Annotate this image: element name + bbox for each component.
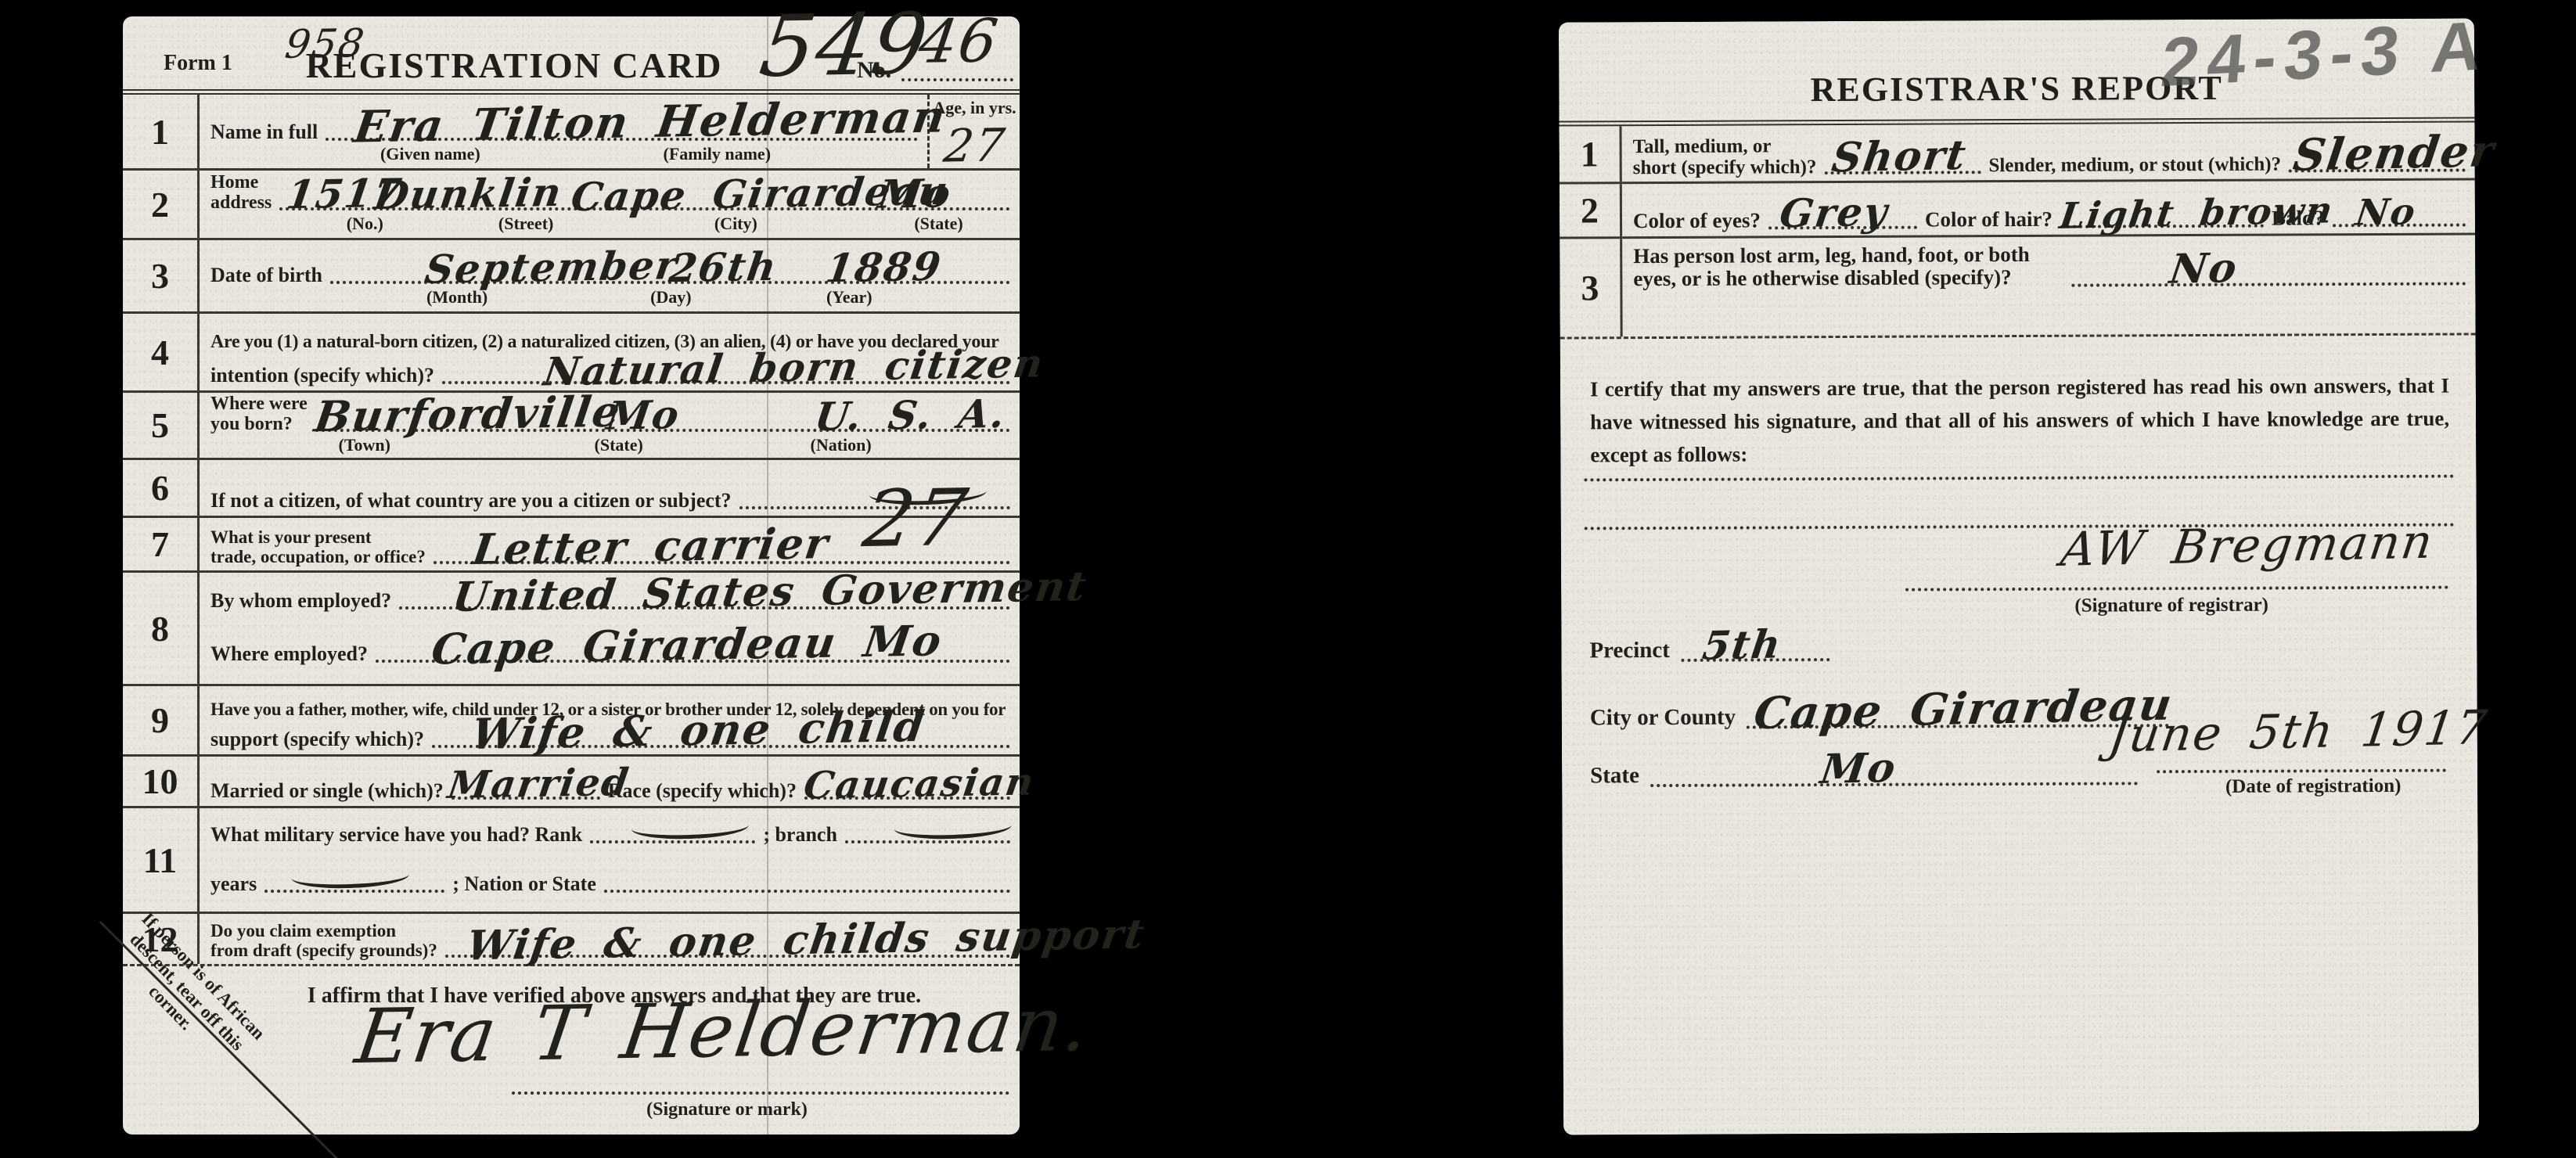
handwritten-birth-town: Burfordville [311,390,624,437]
marital-dotted-line: Married [452,787,600,800]
pen-dash-mark [291,873,408,890]
registration-card-footer: I affirm that I have verified above answ… [123,966,1020,1135]
where-employed-label: Where employed? [210,642,368,666]
handwritten-birth-nation: U. S. A. [812,394,1009,437]
registrant-signature: Era T Helderman. [351,987,1095,1074]
name-dotted-line: Era Tilton Helderman [326,128,918,141]
employer-dotted-line: United States Goverment [399,597,1010,610]
handwritten-employer: United States Goverment [451,566,1090,618]
row-birthplace: 5 Where were you born? Burfordville Mo U… [123,393,1020,460]
workplace-dotted-line: Cape Girardeau Mo [376,650,1010,663]
city-county-line: City or County Cape Girardeau [1590,703,2169,731]
state-sublabel: (State) [914,214,962,234]
handwritten-birth-state: Mo [604,395,682,436]
row-number: 4 [123,314,200,390]
row-number: 5 [123,393,200,458]
registration-card: Form 1 958 REGISTRATION CARD 549 No. 46 … [123,16,1020,1135]
pen-dash-mark [894,824,1012,840]
date-of-registration-label: (Date of registration) [2172,775,2454,799]
city-dotted-line: Cape Girardeau [1747,716,2169,728]
city-sublabel: (City) [714,214,757,234]
hair-dotted-line: Light brown [2060,215,2264,228]
pen-dash-mark [631,824,749,840]
build-question-label: Slender, medium, or stout (which)? [1988,154,2281,178]
row-exemption: 12 Do you claim exemption from draft (sp… [123,914,1020,966]
handwritten-name: Era Tilton Helderman [351,95,949,149]
registration-card-header: Form 1 958 REGISTRATION CARD 549 No. 46 [123,16,1020,95]
state-sublabel: (State) [595,435,643,455]
height-dotted-line: Short [1824,161,1981,174]
day-sublabel: (Day) [650,287,692,307]
eyes-dotted-line: Grey [1768,217,1917,230]
disability-question-label: Has person lost arm, leg, hand, foot, or… [1633,243,2030,291]
exemption-label: Do you claim exemption from draft (speci… [210,922,437,961]
handwritten-height: Short [1829,135,1970,179]
handwritten-dependents: Wife & one child [469,705,928,755]
row-citizenship: 4 Are you (1) a natural-born citizen, (2… [123,314,1020,393]
date-dotted-line [2157,769,2446,774]
handwritten-marital-status: Married [445,764,632,804]
signature-or-mark-label: (Signature or mark) [570,1099,883,1120]
precinct-label: Precinct [1589,638,1670,664]
color-of-hair-label: Color of hair? [1925,207,2053,232]
row-build: 1 Tall, medium, or short (specify which)… [1559,122,2474,184]
dependents-dotted-line: Wife & one child [432,735,1010,748]
handwritten-eye-color: Grey [1778,192,1891,234]
scanned-draft-card-document: Form 1 958 REGISTRATION CARD 549 No. 46 … [0,0,2576,1158]
handwritten-registration-date: June 5th 1917 [2106,704,2491,760]
form-number-label: Form 1 [164,51,232,76]
birthplace-sublabels: (Town) (State) (Nation) [210,435,1010,455]
birthdate-dotted-line: September 26th 1889 [330,272,1010,284]
nation-sublabel: (Nation) [811,435,872,455]
registrars-report: REGISTRAR'S REPORT 1 Tall, medium, or sh… [1559,18,2479,1135]
certification-text: I certify that my answers are true, that… [1590,370,2450,472]
birthdate-sublabels: (Month) (Day) (Year) [210,287,1010,308]
where-born-label: Where were you born? [210,394,308,435]
citizenship-question-line2: intention (specify which)? [210,364,434,387]
race-label: Race (specify which)? [608,779,797,803]
state-label: State [1590,763,1639,789]
handwritten-birth-month: September [423,246,681,289]
row-number: 11 [123,808,200,912]
birthplace-dotted-line: Burfordville Mo U. S. A. [315,419,1010,432]
nation-state-dotted-line [604,880,1010,893]
state-line: State Mo [1590,761,2138,789]
occupation-label: What is your present trade, occupation, … [210,528,426,567]
registrar-signature: AW Bregmann [2058,519,2437,574]
citizenship-dotted-line: Natural born citizen [442,372,1010,384]
name-sublabels: (Given name) (Family name) [210,144,918,165]
branch-label: ; branch [763,823,837,847]
dependents-question-line2: support (specify which)? [210,728,424,751]
date-of-birth-label: Date of birth [210,264,322,287]
row-number: 6 [123,460,200,516]
given-name-sublabel: (Given name) [380,144,480,164]
build-dotted-line: Slender [2289,160,2466,173]
by-whom-employed-label: By whom employed? [210,589,391,613]
row-number: 2 [123,171,200,238]
row-number: 2 [1560,184,1622,236]
city-or-county-label: City or County [1590,705,1736,732]
month-sublabel: (Month) [426,287,487,307]
report-lower-section: I certify that my answers are true, that… [1560,335,2479,1131]
handwritten-disability: No [2168,248,2241,290]
address-sublabels: (No.) (Street) (City) (State) [210,214,1010,235]
handwritten-race: Caucasian [801,763,1037,804]
signature-of-registrar-label: (Signature of registrar) [1952,594,2391,617]
height-question-label: Tall, medium, or short (specify which)? [1633,135,1817,178]
nation-or-state-label: ; Nation or State [452,872,596,896]
handwritten-build: Slender [2291,129,2499,178]
row-military-service: 11 What military service have you had? R… [123,808,1020,914]
registrar-signature-line [1905,586,2448,592]
handwritten-bald: No [2354,193,2419,231]
disability-dotted-line: No [2071,273,2466,287]
handwritten-birth-day: 26th [667,247,780,288]
year-sublabel: (Year) [826,287,872,307]
not-citizen-question: If not a citizen, of what country are yo… [210,489,732,512]
row-dependents: 9 Have you a father, mother, wife, child… [123,686,1020,757]
handwritten-citizenship: Natural born citizen [541,343,1046,391]
handwritten-overlay-number: 27 [859,479,973,559]
row-marital-race: 10 Married or single (which)? Married Ra… [123,757,1020,808]
date-of-registration-block: June 5th 1917 (Date of registration) [2110,713,2454,714]
address-dotted-line: 1517 Dunklin Cape Girardeau Mo [279,198,1010,210]
precinct-dotted-line: 5th [1681,650,1829,662]
handwritten-hair-color: Light brown [2057,192,2336,234]
handwritten-street: Dunklin [372,173,565,215]
color-of-eyes-label: Color of eyes? [1633,208,1761,233]
row-number: 1 [123,95,200,168]
name-in-full-label: Name in full [210,120,318,144]
row-employer: 8 By whom employed? United States Goverm… [123,573,1020,686]
bald-dotted-line: No [2332,214,2466,228]
precinct-line: Precinct 5th [1589,637,1902,664]
row-name: 1 Name in full Era Tilton Helderman (Giv… [123,95,1020,171]
handwritten-report-state: Mo [1818,748,1899,790]
exemption-dotted-line: Wife & one childs support [445,945,1010,958]
years-dotted-line [264,880,444,893]
race-dotted-line: Caucasian [804,787,1010,800]
handwritten-birth-year: 1889 [824,247,945,289]
signature-dotted-line [512,1091,1009,1095]
years-label: years [210,872,257,896]
handwritten-precinct: 5th [1700,624,1784,665]
row-number: 1 [1559,126,1621,182]
handwritten-card-number: 46 [916,11,1003,72]
handwritten-order-number: 549 [755,2,934,90]
handwritten-workplace: Cape Girardeau Mo [429,619,945,670]
row-disability: 3 Has person lost arm, leg, hand, foot, … [1560,235,2476,339]
handwritten-age: 27 [941,122,1008,168]
card-title: REGISTRATION CARD [264,45,765,86]
row-home-address: 2 Home address 1517 Dunklin Cape Girarde… [123,171,1020,240]
row-number: 3 [123,240,200,311]
handwritten-state: Mo [876,174,954,214]
row-date-of-birth: 3 Date of birth September 26th 1889 (Mon… [123,240,1020,314]
no-sublabel: (No.) [347,214,383,234]
home-address-label: Home address [210,173,272,214]
married-or-single-label: Married or single (which)? [210,779,444,803]
row-number: 9 [123,686,200,754]
row-number: 8 [123,573,200,684]
family-name-sublabel: (Family name) [664,144,771,164]
state-dotted-line: Mo [1650,774,2138,787]
handwritten-occupation: Letter carrier [470,522,833,570]
row-eyes-hair: 2 Color of eyes? Grey Color of hair? Lig… [1560,180,2475,239]
branch-dotted-line [845,831,1010,843]
no-dotted-line [901,78,1013,81]
blank-dotted-line [1584,475,2454,482]
handwritten-exemption: Wife & one childs support [464,914,1148,966]
row-number: 3 [1560,239,1623,336]
row-number: 7 [123,518,200,570]
rank-dotted-line [590,831,755,843]
street-sublabel: (Street) [498,214,553,234]
military-service-rank-label: What military service have you had? Rank [210,823,582,847]
town-sublabel: (Town) [339,435,390,455]
row-number: 10 [123,757,200,806]
no-label: No. [857,57,891,84]
